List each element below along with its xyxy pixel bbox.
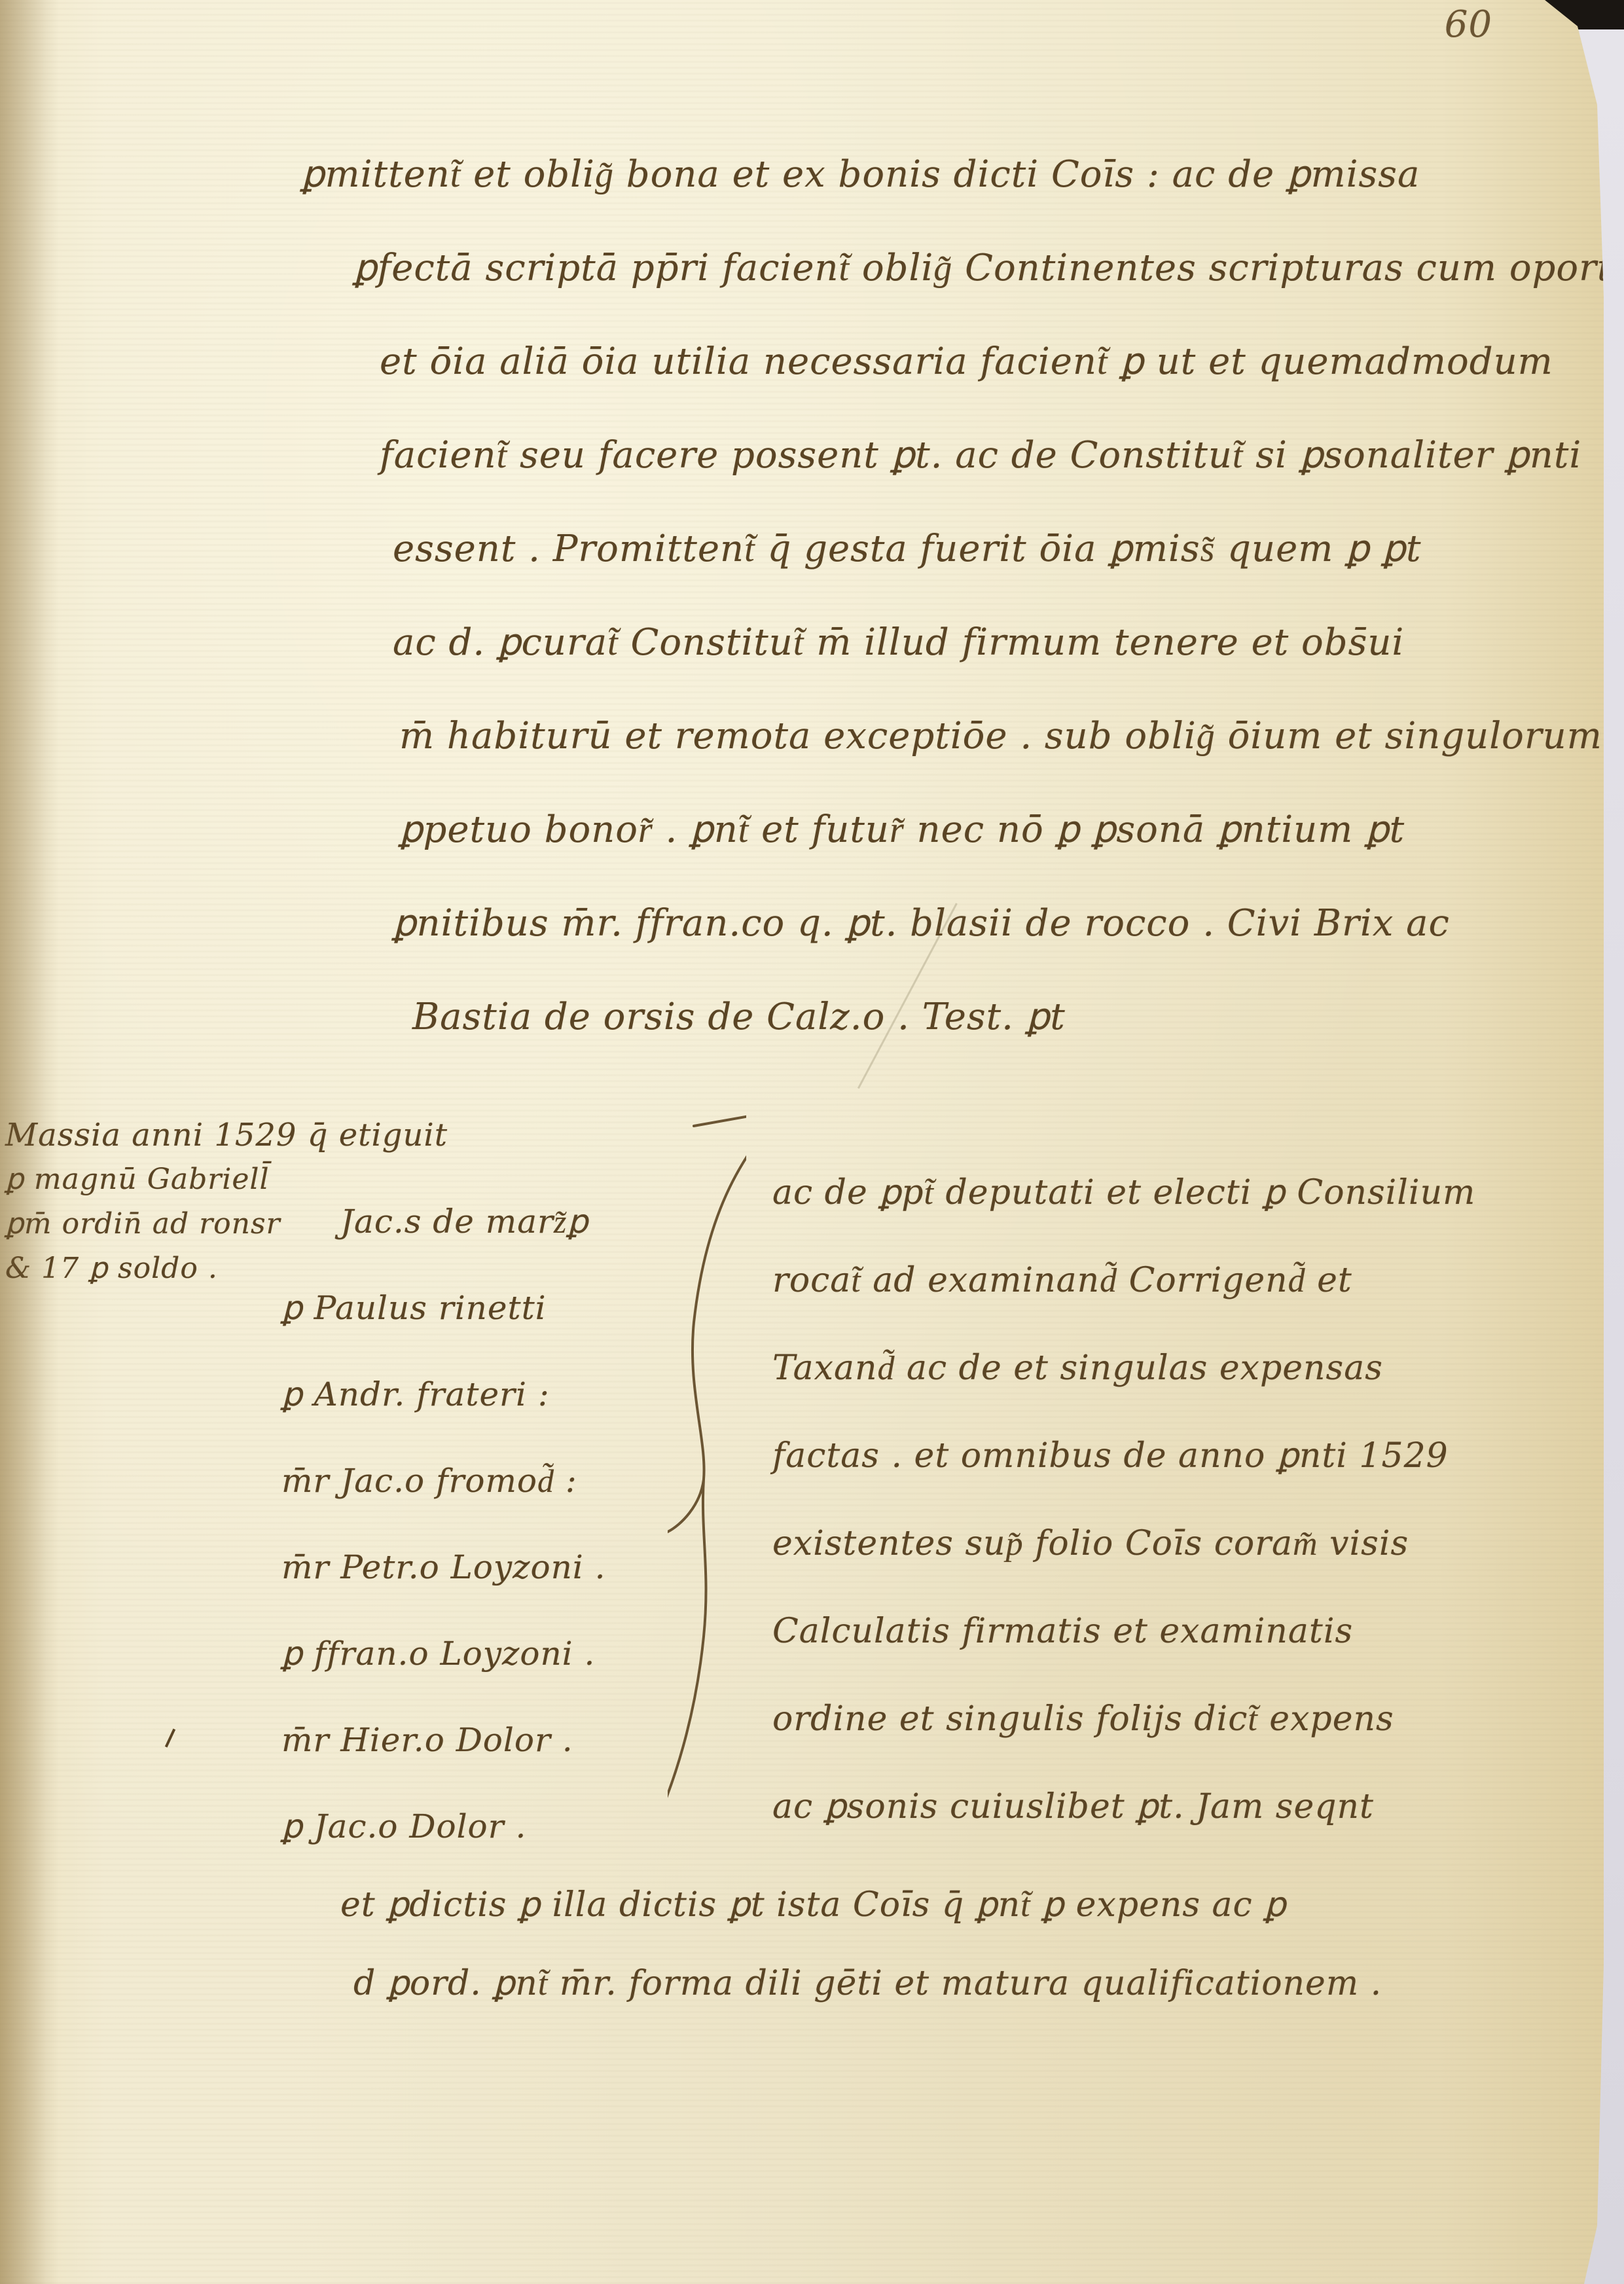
witness-name: m̄r Jac.o fromod͂ : [281, 1438, 606, 1524]
text-line: ꝑnitibus m̄r. ffran.co q. ꝑt. blasii de … [393, 877, 1624, 970]
text-line: ꝑmittent͂ et oblig͂ bona et ex bonis dic… [301, 128, 1624, 221]
witness-name: ꝑ Paulus rinetti [281, 1265, 606, 1351]
text-line: ordine et singulis folijs dict͂ expens [772, 1675, 1475, 1763]
manuscript-page: 60 ꝑmittent͂ et oblig͂ bona et ex bonis … [0, 0, 1604, 2284]
text-line: ac ꝑsonis cuiuslibet ꝑt. Jam seqnt [772, 1763, 1475, 1851]
text-line: ꝑpetuo bonor͂ . ꝑnt͂ et futur͂ nec nō ꝑ … [399, 783, 1624, 877]
witness-name: ꝑ ffran.o Loyzoni . [281, 1610, 606, 1697]
text-line: ac de ꝑpt͂ deputati et electi ꝑ Consiliu… [772, 1149, 1475, 1237]
witness-name: m̄r Petr.o Loyzoni . [281, 1524, 606, 1610]
witness-name: m̄r Hier.o Dolor . [281, 1697, 606, 1783]
text-line: existentes sup͂ folio Coīs coram͂ visis [772, 1500, 1475, 1587]
upper-paragraph: ꝑmittent͂ et oblig͂ bona et ex bonis dic… [295, 128, 1624, 1064]
curly-brace-icon [668, 1113, 746, 1846]
text-line: et ōia aliā ōia utilia necessaria facien… [380, 315, 1624, 408]
lower-paragraph-continuation: et ꝑdictis ꝑ illa dictis ꝑt ista Coīs q̄… [340, 1866, 1382, 2023]
text-line: ꝑfectā scriptā pp̄ri facient͂ oblig͂ Con… [353, 221, 1624, 315]
text-line: Calculatis firmatis et examinatis [772, 1587, 1475, 1675]
ink-mark [165, 1729, 175, 1748]
folio-number: 60 [1445, 3, 1492, 46]
witness-name: Jac.s de marz͂ꝑ [340, 1178, 606, 1265]
text-line: factas . et omnibus de anno ꝑnti 1529 [772, 1412, 1475, 1500]
text-line: rocat͂ ad examinand͂ Corrigend͂ et [772, 1237, 1475, 1324]
text-line: ac d. ꝑcurat͂ Constitut͂ m̄ illud firmum… [393, 596, 1624, 689]
text-line: d ꝑord. ꝑnt͂ m̄r. forma dili gēti et mat… [353, 1944, 1382, 2023]
witness-name: ꝑ Jac.o Dolor . [281, 1783, 606, 1870]
lower-paragraph: ac de ꝑpt͂ deputati et electi ꝑ Consiliu… [772, 1149, 1475, 1851]
text-line: Massia anni 1529 q̄ etiguit [5, 1113, 448, 1157]
text-line: Bastia de orsis de Calz.o . Test. ꝑt [412, 970, 1624, 1064]
witness-name: ꝑ Andr. frateri : [281, 1351, 606, 1438]
text-line: essent . Promittent͂ q̄ gesta fuerit ōia… [393, 502, 1624, 596]
text-line: Taxand͂ ac de et singulas expensas [772, 1324, 1475, 1412]
text-line: et ꝑdictis ꝑ illa dictis ꝑt ista Coīs q̄… [340, 1866, 1382, 1944]
text-line: m̄ habiturū et remota exceptiōe . sub ob… [399, 689, 1624, 783]
witness-list: Jac.s de marz͂ꝑ ꝑ Paulus rinetti ꝑ Andr.… [281, 1178, 606, 1870]
text-line: facient͂ seu facere possent ꝑt. ac de Co… [380, 408, 1624, 502]
